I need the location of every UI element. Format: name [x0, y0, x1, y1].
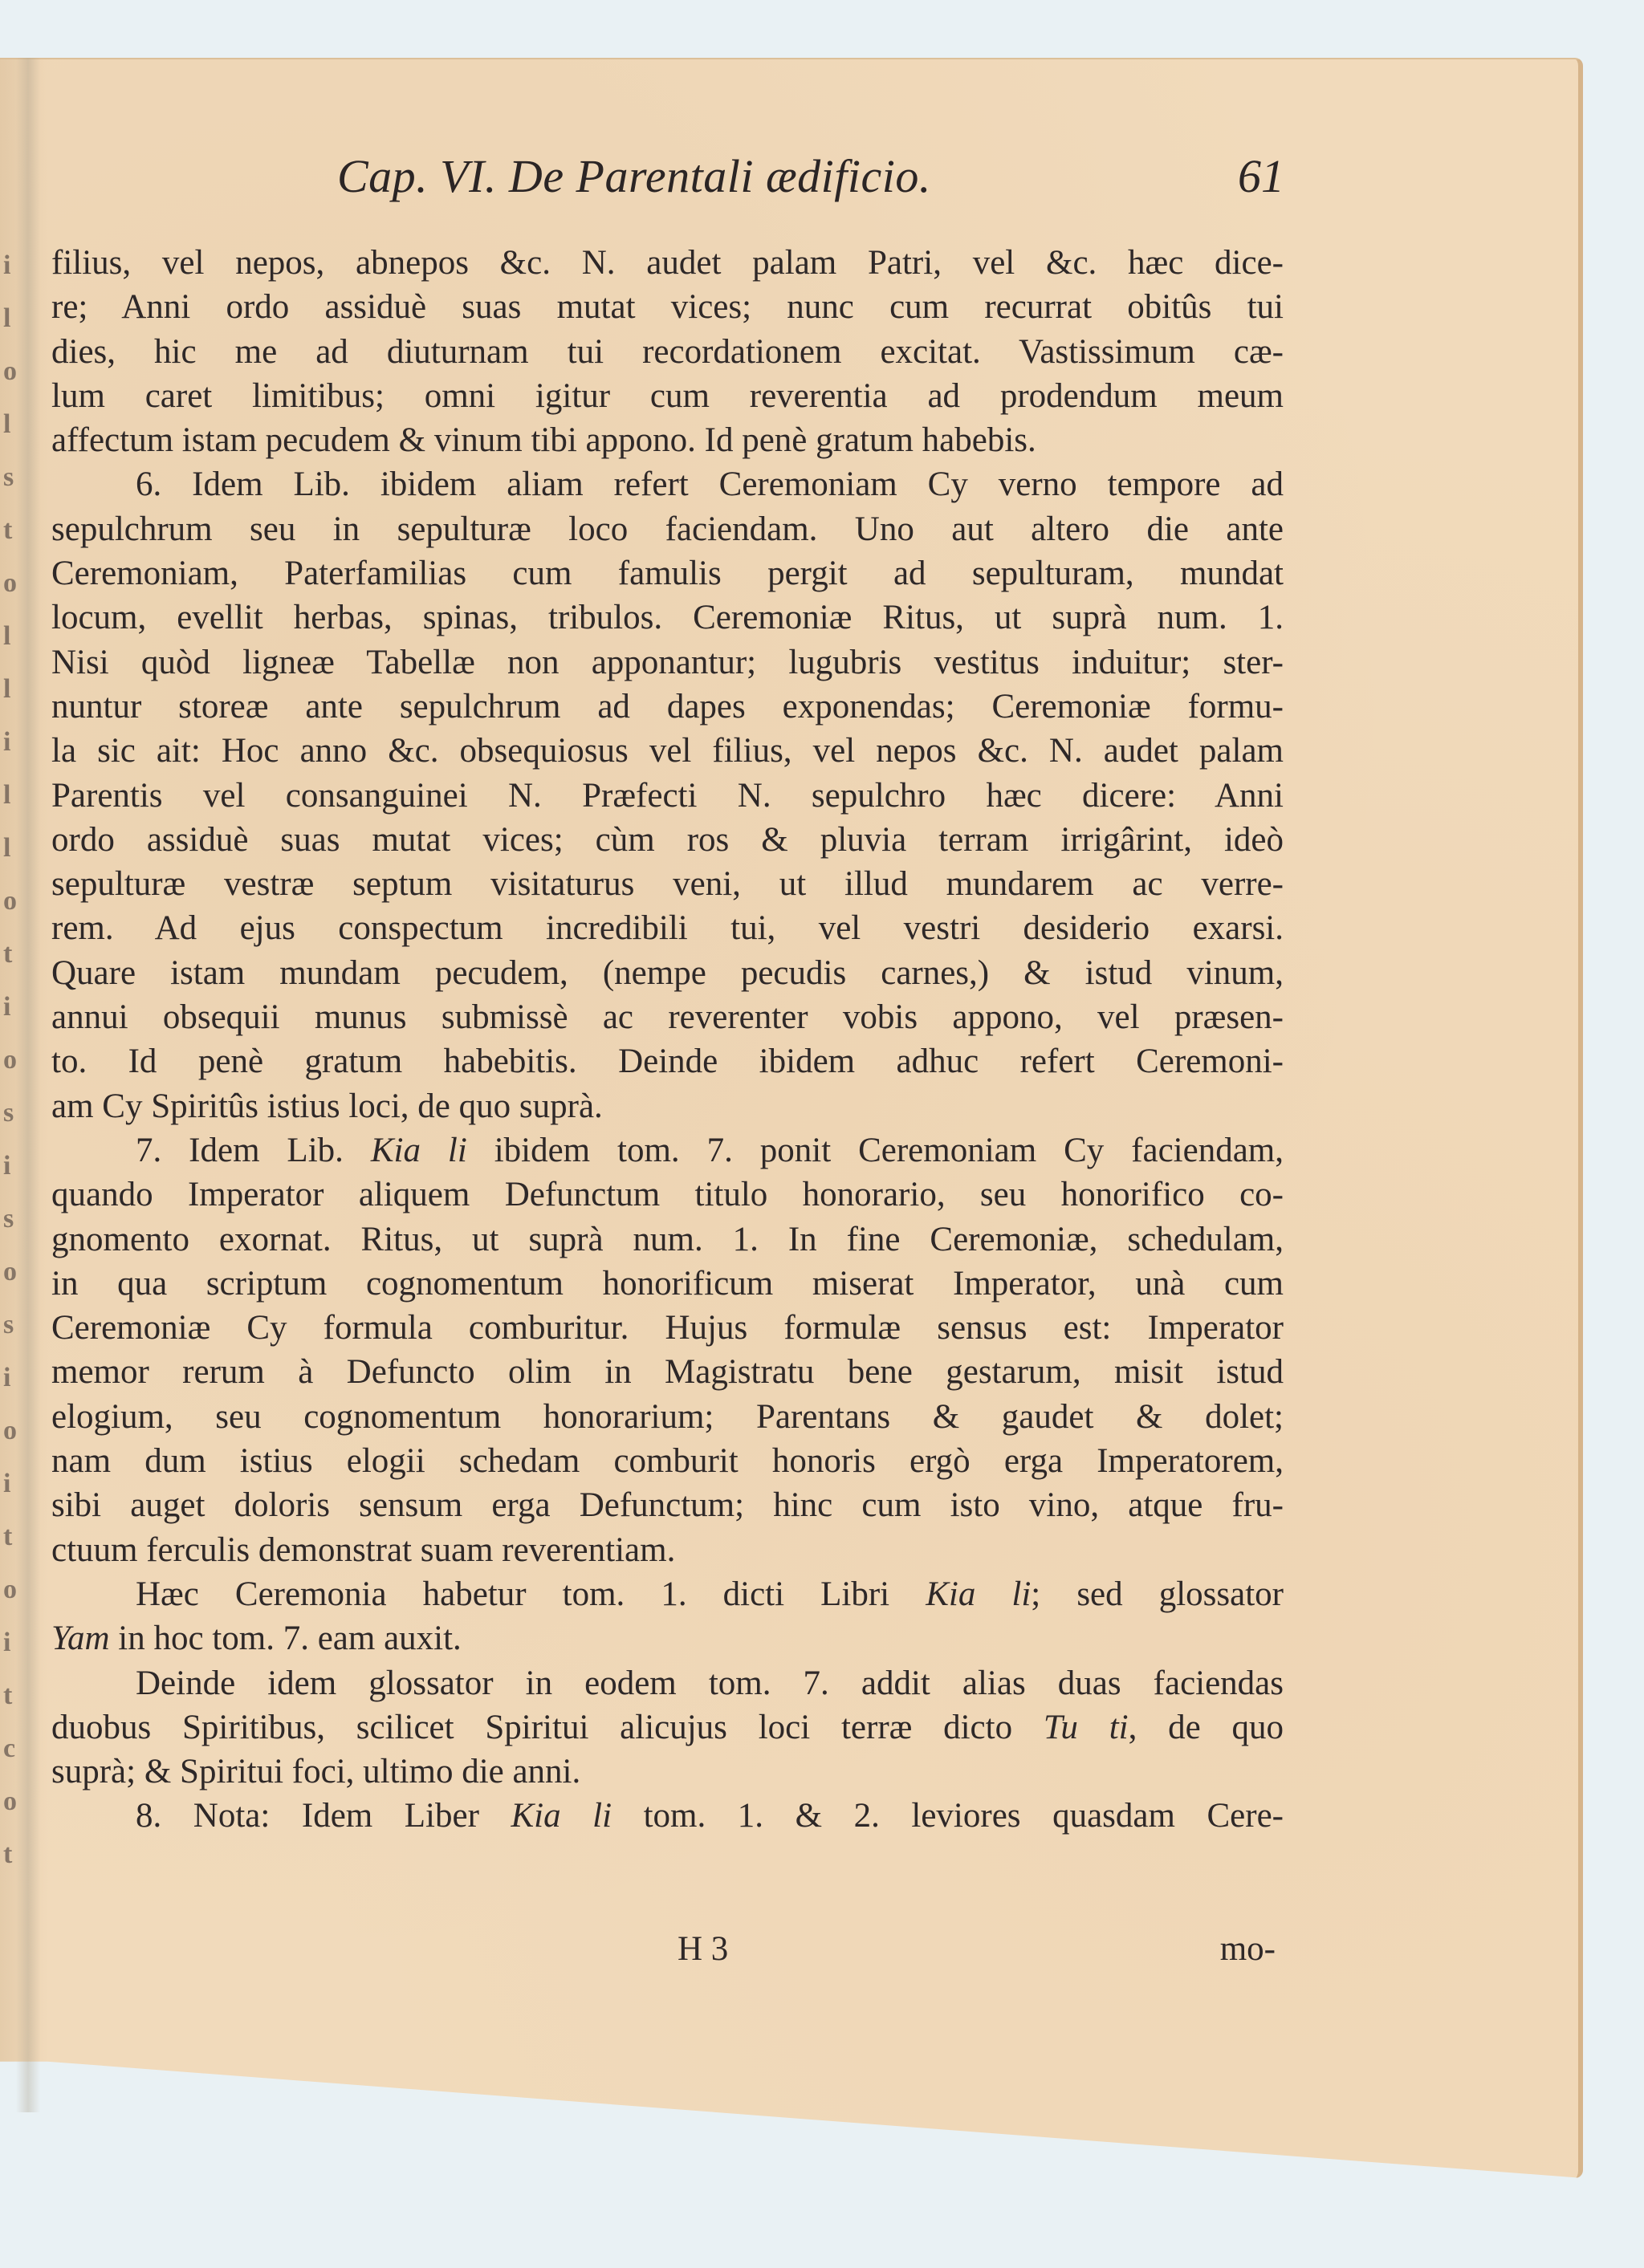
bleed-char: t: [3, 515, 12, 546]
text-line: gnomento exornat. Ritus, ut suprà num. 1…: [51, 1217, 1284, 1262]
bleed-char: o: [3, 1045, 17, 1075]
bleed-char: t: [3, 1522, 12, 1552]
bleed-char: i: [3, 992, 10, 1022]
italic-term: Kia li: [926, 1575, 1031, 1613]
page-header: Cap. VI. De Parentali ædificio. 61: [337, 149, 1284, 205]
text-line: Ceremoniam, Paterfamilias cum famulis pe…: [51, 551, 1284, 595]
bleed-char: i: [3, 250, 10, 281]
bleed-char: t: [3, 1681, 12, 1711]
bleed-char: t: [3, 1839, 12, 1870]
bleed-char: i: [3, 1469, 10, 1499]
text-line: Ceremoniæ Cy formula comburitur. Hujus f…: [51, 1306, 1284, 1350]
text-line: Yam in hoc tom. 7. eam auxit.: [51, 1616, 1284, 1660]
text-line: lum caret limitibus; omni igitur cum rev…: [51, 374, 1284, 418]
bleed-char: l: [3, 780, 10, 811]
text-line: nam dum istius elogii schedam comburit h…: [51, 1439, 1284, 1483]
text-line: rem. Ad ejus conspectum incredibili tui,…: [51, 906, 1284, 950]
text-line: ordo assiduè suas mutat vices; cùm ros &…: [51, 818, 1284, 862]
italic-term: Yam: [51, 1620, 110, 1657]
italic-term: Kia li: [511, 1797, 612, 1835]
italic-term: Kia li: [371, 1132, 467, 1169]
text-line: suprà; & Spiritui foci, ultimo die anni.: [51, 1750, 1284, 1794]
bleed-char: i: [3, 1363, 10, 1393]
text-line: Hæc Ceremonia habetur tom. 1. dicti Libr…: [51, 1572, 1284, 1616]
text-line: ctuum ferculis demonstrat suam reverenti…: [51, 1528, 1284, 1572]
bleed-char: s: [3, 1098, 14, 1128]
bleed-char: l: [3, 303, 10, 334]
text-line: locum, evellit herbas, spinas, tribulos.…: [51, 595, 1284, 640]
text-line: nuntur storeæ ante sepulchrum ad dapes e…: [51, 685, 1284, 729]
text-line: Deinde idem glossator in eodem tom. 7. a…: [51, 1661, 1284, 1705]
text-line: memor rerum à Defuncto olim in Magistrat…: [51, 1350, 1284, 1394]
bleed-char: c: [3, 1734, 15, 1764]
bleed-char: s: [3, 462, 14, 493]
bleed-char: s: [3, 1310, 14, 1340]
bleed-char: i: [3, 727, 10, 758]
bleed-char: o: [3, 886, 17, 917]
bleed-char: l: [3, 833, 10, 864]
bleed-char: o: [3, 1257, 17, 1287]
text-line: dies, hic me ad diuturnam tui recordatio…: [51, 330, 1284, 374]
text-line: sepulturæ vestræ septum visitaturus veni…: [51, 862, 1284, 906]
text-line: to. Id penè gratum habebitis. Deinde ibi…: [51, 1039, 1284, 1083]
text-line: affectum istam pecudem & vinum tibi appo…: [51, 418, 1284, 462]
bleed-char: i: [3, 1628, 10, 1658]
italic-term: Tu ti: [1044, 1709, 1129, 1746]
bleed-char: l: [3, 674, 10, 705]
bleed-char: o: [3, 1575, 17, 1605]
bleed-char: l: [3, 621, 10, 652]
body-text: filius, vel nepos, abnepos &c. N. audet …: [51, 241, 1284, 1839]
text-line: 7. Idem Lib. Kia li ibidem tom. 7. ponit…: [51, 1128, 1284, 1173]
text-line: in qua scriptum cognomentum honorificum …: [51, 1262, 1284, 1306]
page-number: 61: [1238, 149, 1284, 203]
text-line: sibi auget doloris sensum erga Defunctum…: [51, 1483, 1284, 1527]
text-line: la sic ait: Hoc anno &c. obsequiosus vel…: [51, 729, 1284, 773]
bleed-char: o: [3, 568, 17, 599]
page-gutter-shadow: [16, 58, 40, 2112]
text-line: Quare istam mundam pecudem, (nempe pecud…: [51, 951, 1284, 995]
text-line: elogium, seu cognomentum honorarium; Par…: [51, 1395, 1284, 1439]
catchword: mo-: [1220, 1929, 1276, 1969]
text-line: sepulchrum seu in sepulturæ loco faciend…: [51, 507, 1284, 551]
bleed-char: o: [3, 356, 17, 387]
bleed-char: o: [3, 1416, 17, 1446]
text-line: Nisi quòd ligneæ Tabellæ non apponantur;…: [51, 640, 1284, 685]
text-line: 8. Nota: Idem Liber Kia li tom. 1. & 2. …: [51, 1794, 1284, 1838]
text-line: 6. Idem Lib. ibidem aliam refert Ceremon…: [51, 462, 1284, 506]
text-line: quando Imperator aliquem Defunctum titul…: [51, 1173, 1284, 1217]
bleed-char: i: [3, 1151, 10, 1181]
bleed-char: s: [3, 1204, 14, 1234]
text-line: filius, vel nepos, abnepos &c. N. audet …: [51, 241, 1284, 285]
text-line: annui obsequii munus submissè ac reveren…: [51, 995, 1284, 1039]
text-line: am Cy Spiritûs istius loci, de quo suprà…: [51, 1084, 1284, 1128]
bleed-char: l: [3, 409, 10, 440]
text-line: duobus Spiritibus, scilicet Spiritui ali…: [51, 1705, 1284, 1750]
signature-mark: H 3: [678, 1929, 728, 1969]
bleed-char: o: [3, 1786, 17, 1817]
running-head: Cap. VI. De Parentali ædificio.: [337, 149, 931, 203]
page-footer: H 3 mo-: [51, 1929, 1284, 1977]
text-line: re; Anni ordo assiduè suas mutat vices; …: [51, 285, 1284, 329]
text-line: Parentis vel consanguinei N. Præfecti N.…: [51, 774, 1284, 818]
bleed-char: t: [3, 939, 12, 969]
